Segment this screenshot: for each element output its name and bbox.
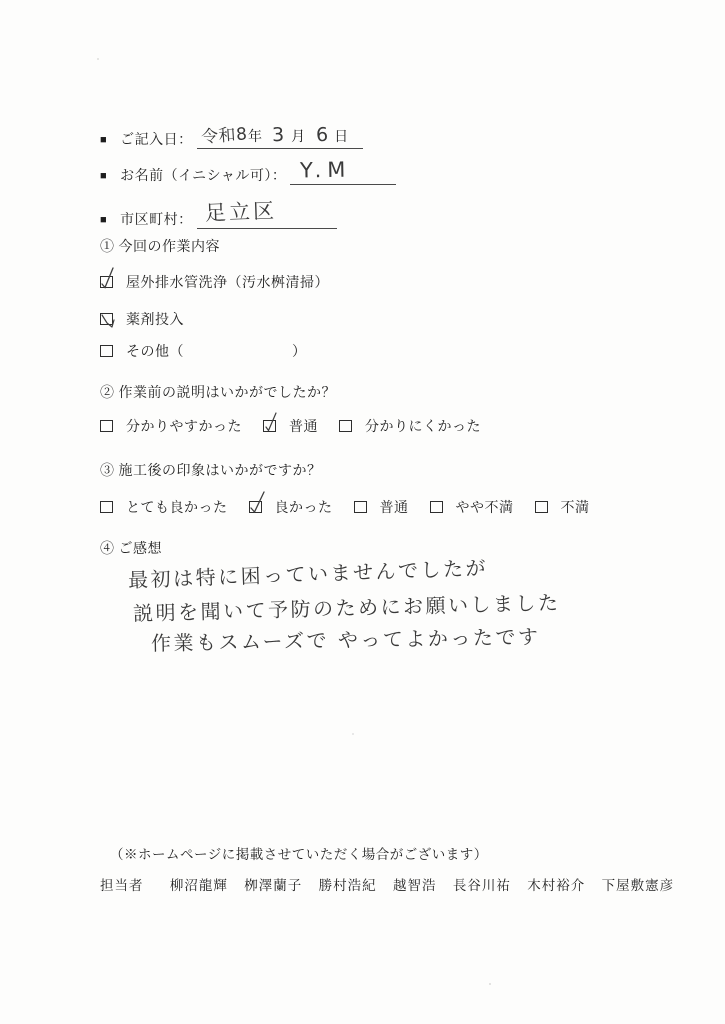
bullet-square-icon: ■ bbox=[100, 170, 107, 182]
q3-option-good: 良かった bbox=[249, 497, 333, 517]
entry-date-month-unit: 月 bbox=[291, 130, 306, 145]
bullet-square-icon: ■ bbox=[100, 214, 107, 226]
entry-date-label: ご記入日： bbox=[120, 133, 193, 148]
staff-name: 栁澤蘭子 bbox=[244, 878, 302, 893]
q3-option-label: 良かった bbox=[275, 501, 333, 516]
q3-option-label: 不満 bbox=[561, 501, 590, 516]
q3-title: ③ 施工後の印象はいかがですか？ bbox=[100, 460, 322, 480]
q2-option-hard: 分かりにくかった bbox=[339, 416, 481, 436]
q3-option-unsatisfied: 不満 bbox=[535, 497, 590, 517]
staff-name: 柳沼龍輝 bbox=[170, 878, 228, 893]
name-blank: Y.M bbox=[290, 158, 395, 185]
staff-name: 下屋敷憲彦 bbox=[602, 878, 675, 893]
city-blank: 足立区 bbox=[197, 196, 337, 229]
entry-date-era-unit: 年 bbox=[248, 130, 263, 145]
entry-date-line: ■ ご記入日： 令和8年3月6日 bbox=[100, 121, 363, 149]
q3-option-label: やや不満 bbox=[456, 501, 514, 516]
city-value-handwritten: 足立区 bbox=[204, 195, 277, 227]
entry-date-era-handwritten: 令和8 bbox=[200, 119, 248, 147]
check-mark-icon bbox=[100, 311, 118, 333]
q3-option-verygood: とても良かった bbox=[100, 497, 228, 517]
checkbox-checked bbox=[100, 276, 113, 288]
staff-name: 長谷川祐 bbox=[453, 878, 511, 893]
staff-label: 担当者 bbox=[100, 878, 144, 893]
city-label: 市区町村： bbox=[120, 213, 193, 228]
q1-option-outdoor-drain: 屋外排水管洗浄（汚水桝清掃） bbox=[100, 272, 329, 292]
checkbox-unchecked bbox=[100, 345, 113, 357]
staff-name: 勝村浩紀 bbox=[319, 878, 377, 893]
q1-option-label: 薬剤投入 bbox=[126, 313, 184, 328]
comment-line-3: 作業もスムーズで やってよかったです bbox=[151, 621, 541, 657]
checkbox-checked bbox=[263, 420, 276, 432]
q2-option-label: 分かりにくかった bbox=[365, 420, 481, 435]
city-line: ■ 市区町村： 足立区 bbox=[100, 196, 337, 229]
q1-option-label-close: ） bbox=[292, 345, 307, 360]
checkbox-checked bbox=[249, 501, 262, 513]
q2-option-normal: 普通 bbox=[263, 416, 318, 436]
q3-option-slightly-unsatisfied: やや不満 bbox=[430, 497, 514, 517]
checkbox-unchecked bbox=[535, 501, 548, 513]
staff-name: 越智浩 bbox=[393, 878, 437, 893]
q2-option-label: 普通 bbox=[289, 420, 318, 435]
q3-option-label: 普通 bbox=[380, 501, 409, 516]
q2-options: 分かりやすかった 普通 分かりにくかった bbox=[100, 416, 498, 436]
checkbox-unchecked bbox=[339, 420, 352, 432]
homepage-publication-note: （※ホームページに掲載させていただく場合がございます） bbox=[110, 843, 488, 863]
q2-option-label: 分かりやすかった bbox=[126, 420, 242, 435]
scanned-survey-form: ■ ご記入日： 令和8年3月6日 ■ お名前（イニシャル可）： Y.M ■ 市区… bbox=[0, 0, 725, 1024]
staff-line: 担当者 柳沼龍輝 栁澤蘭子 勝村浩紀 越智浩 長谷川祐 木村裕介 下屋敷憲彦 bbox=[100, 874, 686, 894]
scan-speck bbox=[489, 983, 491, 985]
staff-name: 木村裕介 bbox=[527, 878, 585, 893]
q1-option-label: その他（ bbox=[126, 345, 184, 360]
q1-title: ① 今回の作業内容 bbox=[100, 236, 220, 256]
checkbox-unchecked bbox=[430, 501, 443, 513]
q1-option-other: その他（） bbox=[100, 341, 307, 361]
q3-option-normal: 普通 bbox=[354, 497, 409, 517]
comment-line-1: 最初は特に困っていませんでしたが bbox=[128, 552, 489, 594]
name-label: お名前（イニシャル可）： bbox=[120, 169, 286, 184]
q4-title: ④ ご感想 bbox=[100, 538, 162, 558]
name-line: ■ お名前（イニシャル可）： Y.M bbox=[100, 158, 396, 185]
bullet-square-icon: ■ bbox=[100, 134, 107, 146]
q3-options: とても良かった 良かった 普通 やや不満 不満 bbox=[100, 497, 607, 517]
name-value-handwritten: Y.M bbox=[300, 158, 352, 183]
scan-speck bbox=[352, 733, 354, 735]
entry-date-day-unit: 日 bbox=[334, 130, 349, 145]
entry-date-month-handwritten: 3 bbox=[272, 124, 285, 146]
checkbox-unchecked bbox=[100, 501, 113, 513]
entry-date-blank: 令和8年3月6日 bbox=[197, 121, 363, 149]
entry-date-day-handwritten: 6 bbox=[315, 124, 328, 146]
checkbox-checked bbox=[100, 313, 113, 325]
check-mark-icon bbox=[263, 411, 281, 435]
q1-option-label: 屋外排水管洗浄（汚水桝清掃） bbox=[126, 276, 329, 291]
checkbox-unchecked bbox=[354, 501, 367, 513]
check-mark-icon bbox=[248, 490, 268, 516]
scan-speck bbox=[97, 58, 99, 60]
check-mark-icon bbox=[99, 265, 117, 291]
q3-option-label: とても良かった bbox=[126, 501, 228, 516]
q2-option-easy: 分かりやすかった bbox=[100, 416, 242, 436]
q2-title: ② 作業前の説明はいかがでしたか？ bbox=[100, 382, 336, 402]
checkbox-unchecked bbox=[100, 420, 113, 432]
q1-option-chemical: 薬剤投入 bbox=[100, 309, 184, 329]
